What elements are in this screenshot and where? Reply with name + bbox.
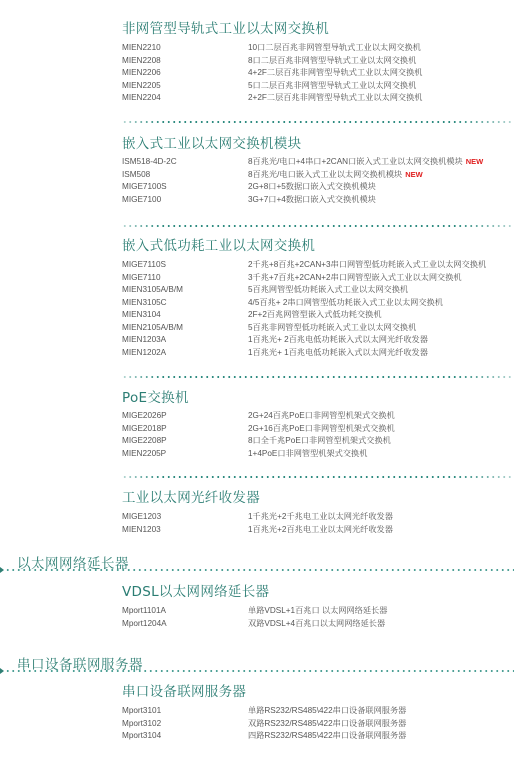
- product-desc: 2千兆+8百兆+2CAN+3串口网管型低功耗嵌入式工业以太网交换机: [248, 259, 486, 271]
- dotted-line: [5, 569, 514, 571]
- product-model: MIGE7110: [122, 272, 242, 284]
- product-model: MIEN2206: [122, 67, 242, 79]
- product-desc: 8百兆光/电口嵌入式工业以太网交换机模块: [248, 170, 402, 179]
- product-desc: 5口二层百兆非网管型导轨式工业以太网交换机: [248, 80, 416, 92]
- section-divider: [122, 121, 514, 123]
- product-model: Mport1204A: [122, 618, 242, 630]
- section-serial-device-servers: 串口设备联网服务器 Mport3101单路RS232/RS485\422串口设备…: [122, 685, 514, 699]
- product-model: MIEN2208: [122, 55, 242, 67]
- product-model: MIEN3105A/B/M: [122, 284, 242, 296]
- product-model: MIEN2105A/B/M: [122, 322, 242, 334]
- product-desc: 3千兆+7百兆+2CAN+2串口网管型嵌入式工业以太网交换机: [248, 272, 462, 284]
- category-divider: [0, 569, 514, 571]
- product-desc: 5百兆网管型低功耗嵌入式工业以太网交换机: [248, 284, 408, 296]
- product-desc: 1百兆光+ 2百兆电低功耗嵌入式以太网光纤收发器: [248, 334, 428, 346]
- product-model: Mport1101A: [122, 605, 242, 617]
- product-model: MIGE2018P: [122, 423, 242, 435]
- section-title: 工业以太网光纤收发器: [122, 491, 514, 505]
- product-model: ISM518-4D-2C: [122, 156, 242, 168]
- product-model: MIEN2205: [122, 80, 242, 92]
- product-desc: 双路RS232/RS485\422串口设备联网服务器: [248, 718, 406, 730]
- section-title: 非网管型导轨式工业以太网交换机: [122, 22, 514, 36]
- product-desc: 4+2F二层百兆非网管型导轨式工业以太网交换机: [248, 67, 422, 79]
- product-desc: 1百兆光+2百兆电工业以太网光纤收发器: [248, 524, 393, 536]
- product-desc: 1百兆光+ 1百兆电低功耗嵌入式以太网光纤收发器: [248, 347, 428, 359]
- arrow-marker-icon: [0, 567, 4, 573]
- product-desc: 8百兆光/电口+4串口+2CAN口嵌入式工业以太网交换机模块: [248, 157, 463, 166]
- product-desc: 2+2F二层百兆非网管型导轨式工业以太网交换机: [248, 92, 422, 104]
- product-model: MIGE7100S: [122, 181, 242, 193]
- category-divider: [0, 670, 514, 672]
- section-title: 串口设备联网服务器: [122, 685, 514, 699]
- section-title: PoE交换机: [122, 391, 514, 405]
- new-badge: NEW: [405, 170, 423, 179]
- product-model: MIEN2210: [122, 42, 242, 54]
- product-desc: 3G+7口+4数据口嵌入式交换机模块: [248, 194, 376, 206]
- product-desc: 1+4PoE口非网管型机架式交换机: [248, 448, 367, 460]
- product-desc: 2F+2百兆网管型嵌入式低功耗交换机: [248, 309, 382, 321]
- section-divider: [122, 225, 514, 227]
- product-desc: 四路RS232/RS485\422串口设备联网服务器: [248, 730, 406, 742]
- section-title: 嵌入式低功耗工业以太网交换机: [122, 239, 514, 253]
- section-embedded-switch-modules: 嵌入式工业以太网交换机模块 ISM518-4D-2C8百兆光/电口+4串口+2C…: [122, 137, 514, 151]
- section-unmanaged-din-rail-switches: 非网管型导轨式工业以太网交换机 MIEN221010口二层百兆非网管型导轨式工业…: [122, 22, 514, 36]
- product-model: MIEN1203A: [122, 334, 242, 346]
- product-model: MIEN2204: [122, 92, 242, 104]
- section-poe-switches: PoE交换机 MIGE2026P2G+24百兆PoE口非网管型机架式交换机 MI…: [122, 391, 514, 405]
- product-model: MIGE1203: [122, 511, 242, 523]
- product-desc: 双路VDSL+4百兆口以太网网络延长器: [248, 618, 385, 630]
- section-embedded-low-power-switches: 嵌入式低功耗工业以太网交换机 MIGE7110S2千兆+8百兆+2CAN+3串口…: [122, 239, 514, 253]
- product-model: Mport3102: [122, 718, 242, 730]
- product-model: MIEN2205P: [122, 448, 242, 460]
- dotted-line: [5, 670, 514, 672]
- product-desc: 单路RS232/RS485\422串口设备联网服务器: [248, 705, 406, 717]
- product-desc: 2G+24百兆PoE口非网管型机架式交换机: [248, 410, 395, 422]
- product-desc: 8口全千兆PoE口非网管型机架式交换机: [248, 435, 391, 447]
- product-model: ISM508: [122, 169, 242, 181]
- product-model: Mport3104: [122, 730, 242, 742]
- section-divider: [122, 376, 514, 378]
- product-desc: 2G+16百兆PoE口非网管型机架式交换机: [248, 423, 395, 435]
- section-title: VDSL以太网网络延长器: [122, 585, 514, 599]
- section-fiber-media-converters: 工业以太网光纤收发器 MIGE12031千兆光+2千兆电工业以太网光纤收发器 M…: [122, 491, 514, 505]
- product-desc: 4/5百兆+ 2串口网管型低功耗嵌入式工业以太网交换机: [248, 297, 443, 309]
- section-title: 嵌入式工业以太网交换机模块: [122, 137, 514, 151]
- section-vdsl-extenders: VDSL以太网网络延长器 Mport1101A单路VDSL+1百兆口 以太网网络…: [122, 585, 514, 599]
- section-divider: [122, 476, 514, 478]
- product-desc: 单路VDSL+1百兆口 以太网网络延长器: [248, 605, 387, 617]
- product-model: MIGE2026P: [122, 410, 242, 422]
- new-badge: NEW: [466, 157, 484, 166]
- product-desc: 5百兆非网管型低功耗嵌入式工业以太网交换机: [248, 322, 416, 334]
- product-model: MIGE7100: [122, 194, 242, 206]
- product-model: MIEN1203: [122, 524, 242, 536]
- product-model: Mport3101: [122, 705, 242, 717]
- arrow-marker-icon: [0, 668, 4, 674]
- product-model: MIGE2208P: [122, 435, 242, 447]
- product-desc: 2G+8口+5数据口嵌入式交换机模块: [248, 181, 376, 193]
- product-model: MIEN1202A: [122, 347, 242, 359]
- product-desc: 1千兆光+2千兆电工业以太网光纤收发器: [248, 511, 393, 523]
- product-model: MIEN3105C: [122, 297, 242, 309]
- product-model: MIGE7110S: [122, 259, 242, 271]
- product-desc: 10口二层百兆非网管型导轨式工业以太网交换机: [248, 42, 421, 54]
- product-desc: 8口二层百兆非网管型导轨式工业以太网交换机: [248, 55, 416, 67]
- product-model: MIEN3104: [122, 309, 242, 321]
